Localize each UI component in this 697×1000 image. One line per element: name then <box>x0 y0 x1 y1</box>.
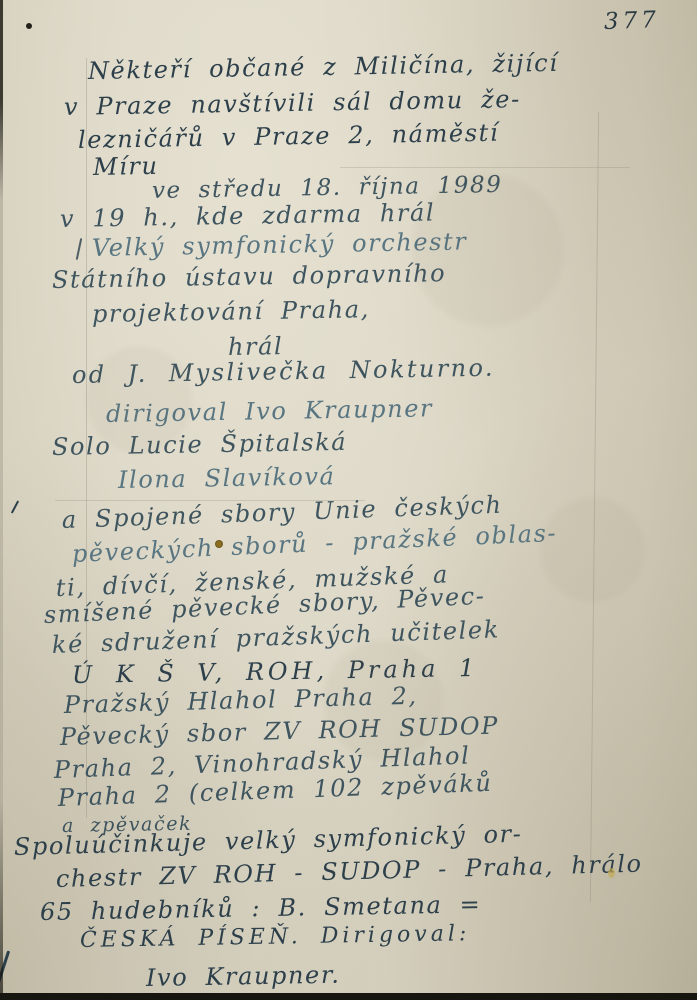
ink-speck <box>26 23 32 29</box>
stray-ink-mark <box>76 238 83 260</box>
handwritten-line: Solo Lucie Špitalská <box>52 428 348 461</box>
handwritten-line: ČESKÁ PÍSEŇ. Dirigoval: <box>80 921 471 953</box>
stray-ink-mark <box>11 500 19 513</box>
handwritten-line: v 19 h., kde zdarma hrál <box>60 198 436 233</box>
handwritten-line: dirigoval Ivo Kraupner <box>106 394 434 428</box>
scanned-page: 377 Někteří občané z Miličína, žijící v … <box>0 0 697 1000</box>
pencil-guideline-right <box>590 112 599 902</box>
scan-edge-bottom <box>0 993 697 1000</box>
yellow-speck <box>608 868 615 878</box>
handwritten-line: Velký symfonický orchestr <box>92 227 468 262</box>
handwritten-line: Někteří občané z Miličína, žijící <box>88 49 559 85</box>
handwritten-line: Státního ústavu dopravního <box>52 259 447 294</box>
handwritten-line: Ilona Slavíková <box>118 462 336 494</box>
handwritten-line: Ivo Kraupner. <box>146 961 341 992</box>
pencil-guideline-top <box>340 167 630 168</box>
handwritten-line: ve středu 18. října 1989 <box>152 172 503 204</box>
scan-edge-left <box>0 0 3 1000</box>
handwritten-line: v Praze navštívili sál domu že- <box>64 85 521 121</box>
handwritten-line: Míru <box>93 152 159 181</box>
handwritten-line: od J. Myslivečka Nokturno. <box>72 354 495 389</box>
handwritten-line: projektování Praha, <box>92 295 370 328</box>
page-number: 377 <box>604 7 661 35</box>
gold-speck <box>215 540 223 548</box>
handwritten-line: 65 hudebníků : B. Smetana = <box>40 890 482 926</box>
handwritten-line: lezničářů v Praze 2, náměstí <box>78 119 500 154</box>
